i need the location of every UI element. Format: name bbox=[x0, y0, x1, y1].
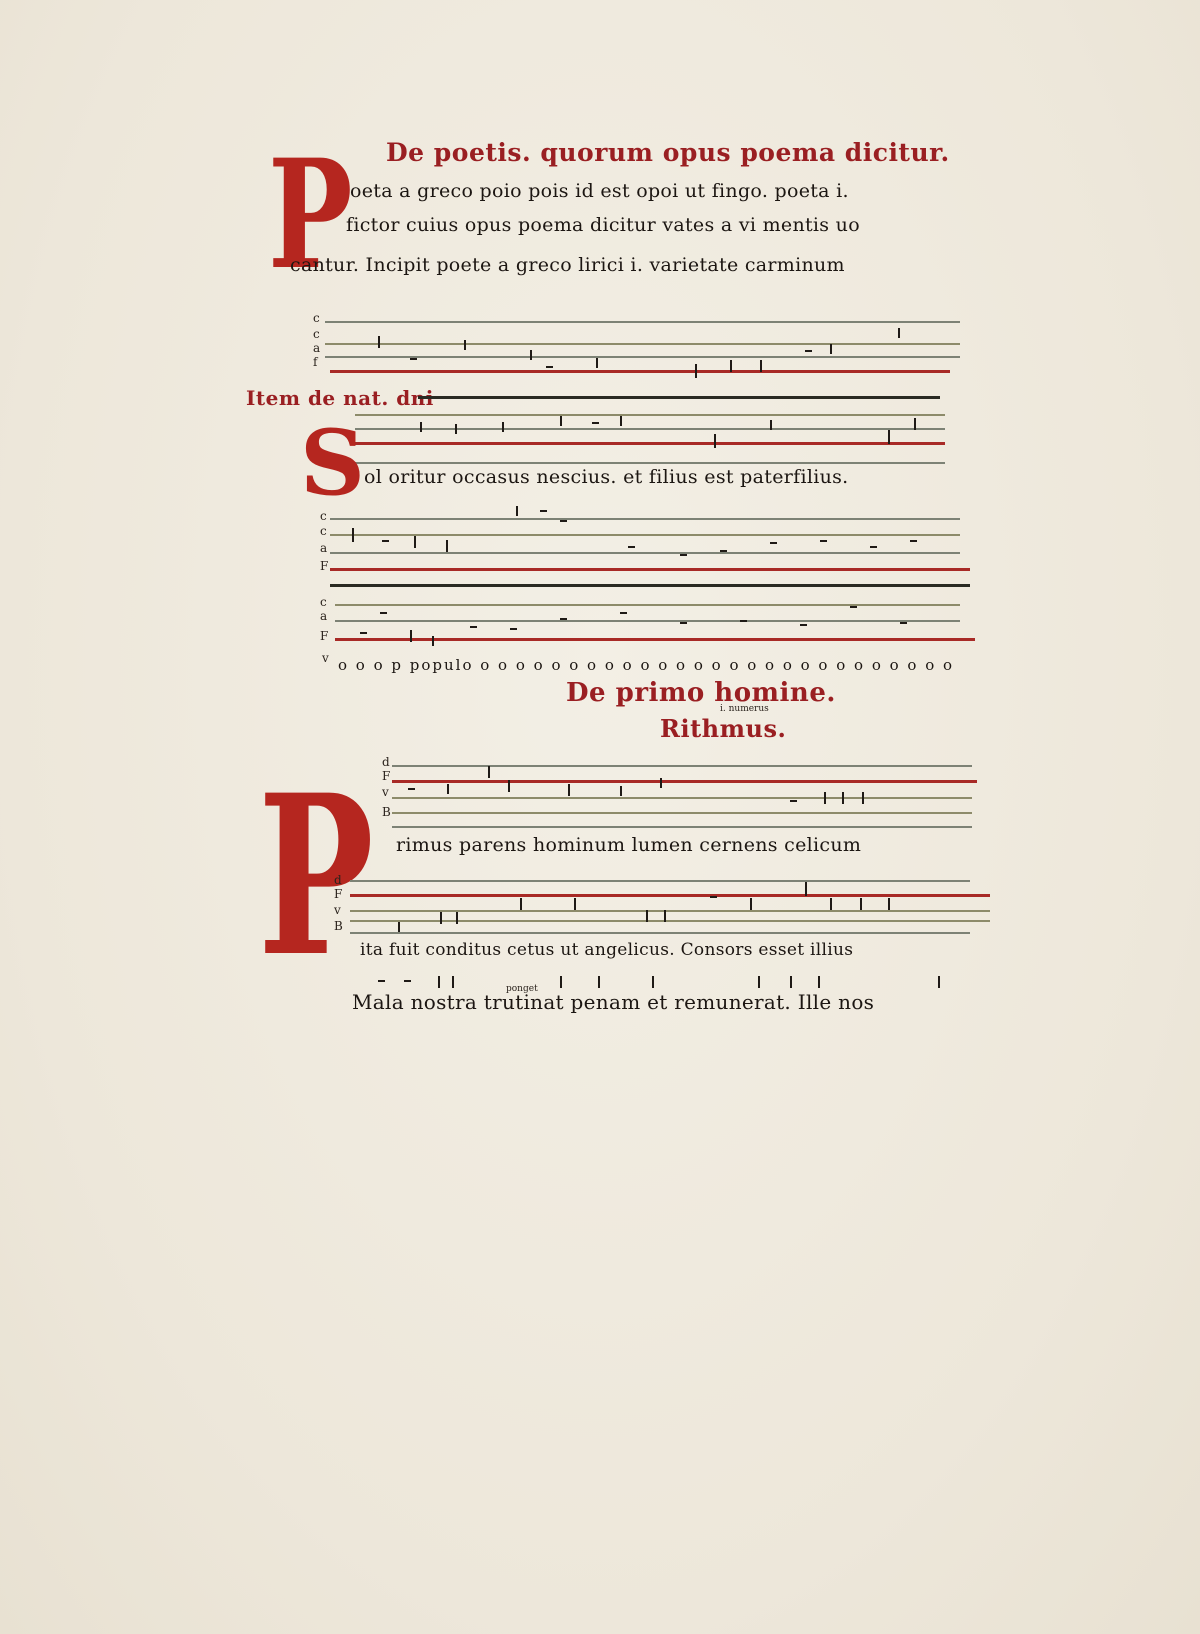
clef-letter: d bbox=[334, 874, 342, 886]
clef-letter: v bbox=[382, 786, 389, 798]
gloss-numerus: i. numerus bbox=[720, 704, 769, 714]
text-line: rimus parens hominum lumen cernens celic… bbox=[396, 834, 861, 856]
clef-letter: f bbox=[313, 356, 317, 368]
clef-letter: F bbox=[334, 888, 342, 900]
clef-letter: a bbox=[320, 542, 327, 554]
heading-de-poetis: De poetis. quorum opus poema dicitur. bbox=[386, 138, 950, 167]
clef-letter: c bbox=[320, 510, 327, 522]
text-line: Mala nostra trutinat penam et remunerat.… bbox=[352, 990, 874, 1014]
clef-letter: v bbox=[322, 652, 329, 664]
clef-letter: B bbox=[382, 806, 391, 818]
clef-letter: F bbox=[320, 560, 328, 572]
clef-letter: F bbox=[382, 770, 390, 782]
text-line: fictor cuius opus poema dicitur vates a … bbox=[346, 214, 860, 236]
clef-letter: c bbox=[313, 312, 320, 324]
text-line: ol oritur occasus nescius. et filius est… bbox=[364, 466, 849, 488]
initial-letter-s: S bbox=[300, 418, 365, 508]
clef-letter: a bbox=[313, 342, 320, 354]
clef-letter: c bbox=[320, 596, 327, 608]
manuscript-page: P De poetis. quorum opus poema dicitur. … bbox=[0, 0, 1200, 1634]
text-line: oeta a greco poio pois id est opoi ut fi… bbox=[350, 180, 849, 202]
heading-de-primo-homine: De primo homine. bbox=[566, 678, 836, 708]
clef-letter: B bbox=[334, 920, 343, 932]
text-line: cantur. Incipit poete a greco lirici i. … bbox=[290, 254, 845, 276]
subheading-rithmus: Rithmus. bbox=[660, 714, 786, 743]
initial-letter-p-large: P bbox=[258, 766, 374, 986]
text-line: ita fuit conditus cetus ut angelicus. Co… bbox=[360, 940, 853, 960]
clef-letter: a bbox=[320, 610, 327, 622]
rubric-item-de-nat: Item de nat. dni bbox=[246, 386, 434, 410]
clef-letter: c bbox=[320, 525, 327, 537]
clef-letter: c bbox=[313, 328, 320, 340]
vocalise-line: o o o p populo o o o o o o o o o o o o o… bbox=[338, 656, 954, 674]
clef-letter: d bbox=[382, 756, 390, 768]
clef-letter: F bbox=[320, 630, 328, 642]
clef-letter: v bbox=[334, 904, 341, 916]
